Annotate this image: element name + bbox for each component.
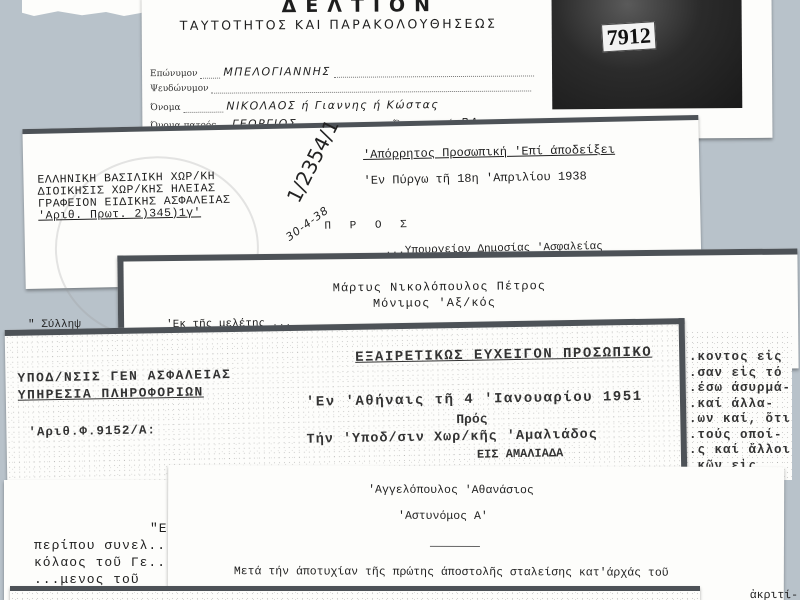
place-date: 'Εν Πύργω τῆ 18η 'Απριλίου 1938 xyxy=(363,169,586,188)
field-label: Ψευδώνυμον xyxy=(150,84,209,94)
body-text: Μετά τήν άποτυχίαν τῆς πρώτης άποστολῆς … xyxy=(234,565,669,580)
torn-paper-fragment xyxy=(22,0,142,16)
witness-name: Μάρτυς Νικολόπουλος Πέτρος xyxy=(333,279,546,295)
officer-angelopoulos-document: 'Αγγελόπουλος 'Αθανάσιος 'Αστυνόμος Α' Μ… xyxy=(168,465,784,600)
place-date: 'Εν 'Αθήναις τῆ 4 'Ιανουαρίου 1951 xyxy=(306,389,643,411)
bottom-document-strip xyxy=(10,586,700,600)
officer-rank: 'Αστυνόμος Α' xyxy=(398,510,488,523)
fragment-lines: ...κοντος εἰς ...σαν εἰς τό ...έσω άσυρμ… xyxy=(672,350,791,474)
officer-name: 'Αγγελόπουλος 'Αθανάσιος xyxy=(368,484,534,498)
field-label: Επώνυμον xyxy=(150,69,198,79)
letter-1951-document: ΥΠΟΔ/ΝΣΙΣ ΓΕΝ ΑΣΦΑΛΕΙΑΣ ΥΠΗΡΕΣΙΑ ΠΛΗΡΟΦΟ… xyxy=(5,318,688,490)
prisoner-number: 7912 xyxy=(601,21,657,52)
letter-header: ΕΛΛΗΝΙΚΗ ΒΑΣΙΛΙΚΗ ΧΩΡ/ΚΗ ΔΙΟΙΚΗΣΙΣ ΧΩΡ/Κ… xyxy=(37,171,230,223)
continuation-text: ἀκριτί- xyxy=(750,589,798,600)
handwritten-ref: 1/2354/1 xyxy=(282,115,344,206)
witness-rank: Μόνιμος 'Αξ/κός xyxy=(373,296,496,311)
classification: 'Απόρρητος Προσωπική 'Επί άποδείξει xyxy=(363,143,615,162)
letter-header: ΥΠΟΔ/ΝΣΙΣ ΓΕΝ ΑΣΦΑΛΕΙΑΣ ΥΠΗΡΕΣΙΑ ΠΛΗΡΟΦΟ… xyxy=(17,366,231,404)
recipient: Τήν 'Υποδ/σιν Χωρ/κῆς 'Αμαλιάδος xyxy=(306,428,597,448)
classification-headline: ΕΞΑΙΡΕΤΙΚΩΣ ΕΥΧΕΙΓΟΝ ΠΡΟΣΩΠΙΚΟ xyxy=(355,345,652,366)
to-label: Π Ρ Ο Σ xyxy=(324,219,412,233)
card-title: ΔΕΛΤΙΟΝ xyxy=(281,0,439,17)
field-first-name: Όνομα ΝΙΚΟΛΑΟΣ ή Γιαννης ή Κώστας xyxy=(150,98,439,113)
reference-number: 'Αριθ.Φ.9152/Α: xyxy=(28,423,156,439)
field-surname: Επώνυμον ΜΠΕΛΟΓΙΑΝΝΗΣ xyxy=(150,63,534,79)
divider xyxy=(430,546,480,547)
field-value: ΝΙΚΟΛΑΟΣ ή Γιαννης ή Κώστας xyxy=(226,98,439,112)
field-pseudonym: Ψευδώνυμον xyxy=(150,81,531,94)
recipient-city: ΕΙΣ ΑΜΑΛΙΑΔΑ xyxy=(477,446,564,462)
field-value: ΜΠΕΛΟΓΙΑΝΝΗΣ xyxy=(223,65,331,79)
mugshot-photo: 7912 xyxy=(551,0,742,109)
left-text-fragment-document: "Ε... περίπου συνελ... κόλαος τοῦ Γε... … xyxy=(4,480,174,600)
card-subtitle: ΤΑΥΤΟΤΗΤΟΣ ΚΑΙ ΠΑΡΑΚΟΛΟΥΘΗΣΕΩΣ xyxy=(180,16,498,33)
to-label: Πρός xyxy=(456,412,487,428)
field-label: Όνομα xyxy=(150,103,180,113)
